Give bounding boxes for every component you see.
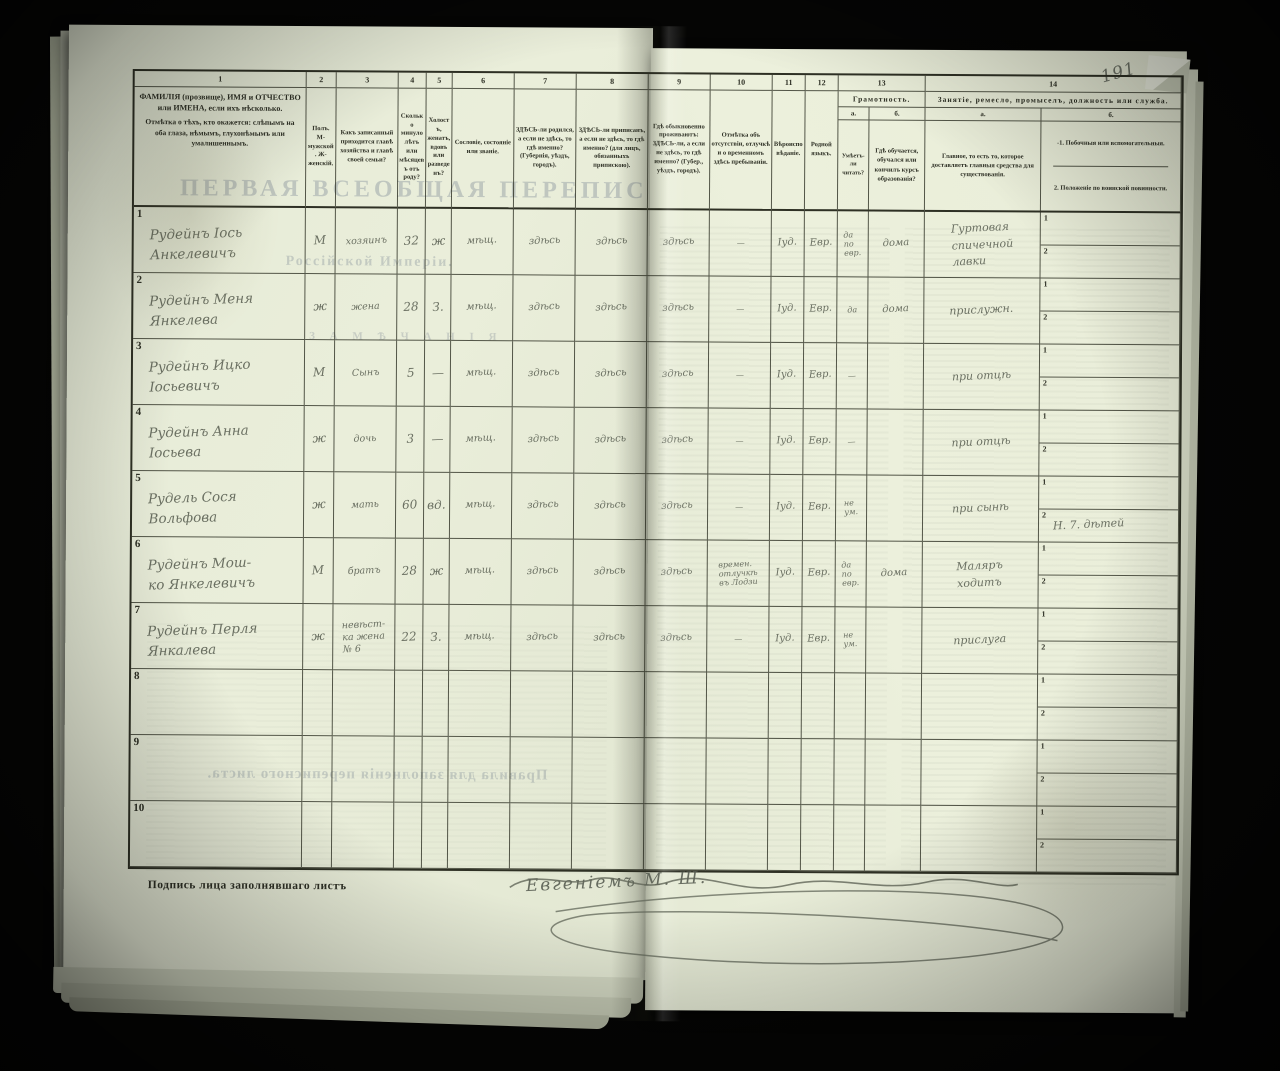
handwritten-side-note: Н. 7. дѣтей xyxy=(1053,516,1125,533)
handwritten-estate: мѣщ. xyxy=(465,565,496,579)
cell-resides: здѣсь xyxy=(647,276,709,342)
column-number: 9 xyxy=(649,74,711,90)
occupation-side-cell: 12 xyxy=(1037,741,1177,808)
handwritten-registered: здѣсь xyxy=(593,631,625,645)
handwritten-language: Евр. xyxy=(807,567,830,581)
side-subcell-1: 1 xyxy=(1039,477,1178,511)
cell-marital xyxy=(422,803,448,869)
cell-religion: Іуд. xyxy=(771,343,804,409)
cell-registered: здѣсь xyxy=(576,210,648,276)
cell-resides: здѣсь xyxy=(646,474,708,540)
cell-sex xyxy=(303,670,333,736)
signature-flourish xyxy=(495,861,1096,1025)
cell-marital: З. xyxy=(423,605,449,671)
handwritten-age: 32 xyxy=(403,233,419,249)
cell-literacy: не ум. xyxy=(835,607,866,673)
cell-relation: хозяинъ xyxy=(336,208,398,274)
cell-relation: невѣст- ка жена № 6 xyxy=(333,604,395,670)
person-name-cell: 1Рудейнъ Іось Анкелевичъ xyxy=(134,207,306,274)
cell-education xyxy=(866,607,922,673)
cell-resides: здѣсь xyxy=(645,606,707,672)
handwritten-relation: дочь xyxy=(353,432,376,445)
cell-language: Евр. xyxy=(802,607,835,673)
cell-born: здѣсь xyxy=(514,209,576,275)
side-subcell-2: 2 xyxy=(1041,246,1180,279)
cell-marital: — xyxy=(425,341,451,407)
handwritten-occupation: Гуртовая спичечной лавки xyxy=(950,219,1014,271)
handwritten-estate: мѣщ. xyxy=(467,235,498,249)
person-name-cell: 2Рудейнъ Меня Янкелева xyxy=(133,273,305,340)
handwritten-born: здѣсь xyxy=(526,565,558,579)
cell-occupation: при сынѣ xyxy=(923,476,1039,543)
cell-education xyxy=(866,673,922,739)
cell-marital xyxy=(422,737,448,803)
handwritten-sex: М xyxy=(314,233,327,249)
side-subcell-2: 2Н. 7. дѣтей xyxy=(1039,510,1178,543)
handwritten-born: здѣсь xyxy=(527,367,559,381)
row-number: 10 xyxy=(133,802,144,814)
header-occupation-title: Занятіе, ремесло, промыселъ, должность и… xyxy=(926,92,1181,110)
cell-occupation: при отцѣ xyxy=(924,344,1040,411)
cell-occupation xyxy=(921,806,1037,873)
header-marital: Холостъ, женатъ, вдовъ или разведенъ? xyxy=(426,89,453,209)
handwritten-occupation: при отцѣ xyxy=(951,367,1011,386)
cell-registered xyxy=(573,672,645,738)
handwritten-marital: ж xyxy=(431,234,445,250)
row-number: 9 xyxy=(134,736,140,748)
cell-registered: здѣсь xyxy=(573,540,645,606)
cell-resides xyxy=(644,804,706,870)
column-number: 10 xyxy=(711,75,773,91)
handwritten-religion: Іуд. xyxy=(777,303,797,316)
cell-relation xyxy=(333,670,395,736)
handwritten-registered: здѣсь xyxy=(595,235,627,249)
occupation-side-cell: 12 xyxy=(1037,807,1177,874)
side-subcell-2: 2 xyxy=(1039,444,1178,477)
header-absence: Отмѣтка объ отсутствіи, отлучкѣ и о врем… xyxy=(710,91,773,211)
handwritten-born: здѣсь xyxy=(526,631,558,645)
cell-religion xyxy=(768,805,801,871)
handwritten-relation: невѣст- ка жена № 6 xyxy=(341,618,386,656)
header-occupation-side: -1. Побочныя или вспомогательныя. 2. Пол… xyxy=(1041,122,1181,212)
cell-education xyxy=(865,805,921,871)
cell-age: 28 xyxy=(397,275,425,341)
handwritten-resides: здѣсь xyxy=(662,302,694,316)
person-name: Рудель Сося Вольфова xyxy=(131,477,237,530)
cell-language: Евр. xyxy=(803,475,836,541)
handwritten-registered: здѣсь xyxy=(593,499,625,513)
occupation-side-cell: 12 xyxy=(1040,279,1180,346)
cell-occupation xyxy=(922,674,1038,741)
person-name-cell: 7Рудейнъ Перля Янкалева xyxy=(131,603,303,670)
cell-age: 32 xyxy=(398,209,426,275)
census-table: ФАМИЛІЯ (прозвище), ИМЯ и ОТЧЕСТВО или И… xyxy=(128,69,1184,875)
cell-sex xyxy=(302,736,332,802)
cell-registered xyxy=(572,738,644,804)
cell-religion: Іуд. xyxy=(771,277,804,343)
cell-language xyxy=(801,805,834,871)
cell-age xyxy=(394,803,422,869)
cell-education xyxy=(867,409,923,475)
cell-registered: здѣсь xyxy=(573,606,645,672)
cell-resides: здѣсь xyxy=(648,210,710,276)
handwritten-literacy: не ум. xyxy=(843,630,858,649)
cell-marital: ж xyxy=(426,209,452,275)
cell-literacy: — xyxy=(836,409,867,475)
handwritten-marital: — xyxy=(431,366,444,382)
handwritten-literacy: да xyxy=(847,305,857,315)
side-subcell-2: 2 xyxy=(1038,576,1177,609)
side-sub-number: 2 xyxy=(1041,643,1045,652)
header-literacy-b-label: б. xyxy=(869,107,924,119)
column-number: 3 xyxy=(337,72,399,88)
cell-sex: ж xyxy=(305,274,335,340)
cell-estate: мѣщ. xyxy=(449,605,511,671)
cell-marital: ж xyxy=(423,539,449,605)
cell-age xyxy=(395,671,423,737)
handwritten-absence: — xyxy=(735,370,743,380)
cell-born: здѣсь xyxy=(513,275,575,341)
cell-born: здѣсь xyxy=(511,539,573,605)
cell-estate: мѣщ. xyxy=(451,275,513,341)
handwritten-language: Евр. xyxy=(808,435,831,449)
cell-age: 5 xyxy=(397,341,425,407)
side-sub-number: 2 xyxy=(1042,445,1046,454)
header-birthplace: ЗДѢСЬ-ли родился, а если не здѣсь, то гд… xyxy=(514,89,577,209)
side-sub-number: 1 xyxy=(1042,478,1046,487)
header-name-column: ФАМИЛІЯ (прозвище), ИМЯ и ОТЧЕСТВО или И… xyxy=(134,87,307,208)
header-estate: Сословіе, состояніе или званіе. xyxy=(452,89,515,209)
handwritten-literacy: да по евр. xyxy=(842,560,860,588)
cell-education: дома xyxy=(869,211,925,277)
cell-education xyxy=(865,739,921,805)
person-name: Рудейнъ Іось Анкелевичъ xyxy=(133,213,243,267)
cell-absence xyxy=(706,804,768,870)
handwritten-born: здѣсь xyxy=(528,235,560,249)
header-sex: Полъ. М-мужской. Ж-женскій. xyxy=(306,88,337,208)
cell-marital: — xyxy=(424,407,450,473)
handwritten-registered: здѣсь xyxy=(594,433,626,447)
cell-language: Евр. xyxy=(804,277,837,343)
handwritten-estate: мѣщ. xyxy=(464,631,495,645)
cell-language: Евр. xyxy=(805,211,838,277)
cell-absence xyxy=(707,673,769,739)
handwritten-estate: мѣщ. xyxy=(466,433,497,447)
handwritten-estate: мѣщ. xyxy=(465,499,496,513)
side-sub-number: 1 xyxy=(1042,544,1046,553)
side-sub-number: 1 xyxy=(1040,808,1044,817)
cell-education xyxy=(867,475,923,541)
person-name: Рудейнъ Мош- ко Янкелевичъ xyxy=(131,543,255,597)
cell-sex xyxy=(302,802,332,868)
handwritten-relation: хозяинъ xyxy=(345,234,387,248)
cell-literacy: да по евр. xyxy=(835,541,866,607)
cell-religion: Іуд. xyxy=(769,541,802,607)
cell-religion: Іуд. xyxy=(772,211,805,277)
cell-age: 28 xyxy=(396,539,424,605)
handwritten-resides: здѣсь xyxy=(660,500,692,514)
header-occupation-side-1: -1. Побочныя или вспомогательныя. xyxy=(1053,122,1169,168)
cell-resides: здѣсь xyxy=(647,342,709,408)
cell-estate: мѣщ. xyxy=(450,407,512,473)
handwritten-age: 22 xyxy=(401,629,417,645)
handwritten-sex: ж xyxy=(311,629,325,645)
side-subcell-1: 1 xyxy=(1038,675,1177,709)
handwritten-resides: здѣсь xyxy=(661,434,693,448)
handwritten-religion: Іуд. xyxy=(776,501,796,514)
side-sub-number: 1 xyxy=(1043,280,1047,289)
person-name: Рудейнъ Перля Янкалева xyxy=(131,609,259,663)
person-name-cell: 6Рудейнъ Мош- ко Янкелевичъ xyxy=(132,537,304,604)
handwritten-education: дома xyxy=(883,237,910,251)
cell-born: здѣсь xyxy=(512,473,574,539)
side-sub-number: 2 xyxy=(1040,841,1044,850)
handwritten-relation: мать xyxy=(350,498,378,511)
cell-resides: здѣсь xyxy=(645,540,707,606)
handwritten-absence: — xyxy=(736,238,744,248)
cell-born: здѣсь xyxy=(512,407,574,473)
side-sub-number: 1 xyxy=(1041,610,1045,619)
cell-religion xyxy=(768,739,801,805)
side-sub-number: 2 xyxy=(1043,379,1047,388)
handwritten-age: 28 xyxy=(403,299,419,315)
cell-born: здѣсь xyxy=(513,341,575,407)
handwritten-occupation: прислуга xyxy=(953,631,1007,650)
occupation-side-cell: 12 xyxy=(1038,675,1178,742)
cell-occupation xyxy=(921,740,1037,807)
header-occupation-b-label: б. xyxy=(1041,109,1180,122)
cell-absence: — xyxy=(707,607,769,673)
cell-born xyxy=(510,803,572,869)
cell-sex: М xyxy=(304,538,334,604)
cell-born xyxy=(510,737,572,803)
cell-occupation: прислуга xyxy=(922,608,1038,675)
cell-born: здѣсь xyxy=(511,605,573,671)
header-name-note: Отмѣтка о тѣхъ, кто окажется: слѣпымъ на… xyxy=(134,115,305,152)
person-name-cell: 3Рудейнъ Ицко Іосьевичъ xyxy=(133,339,305,406)
signature-line-label: Подпись лица заполнявшаго листъ xyxy=(148,879,347,892)
column-number: 1 xyxy=(135,71,307,88)
side-subcell-1: 1 xyxy=(1040,279,1179,313)
handwritten-relation: братъ xyxy=(347,564,380,577)
cell-literacy: да по евр. xyxy=(838,211,869,277)
column-number: 14 xyxy=(926,76,1182,94)
handwritten-sex: М xyxy=(312,563,325,579)
cell-education: дома xyxy=(866,541,922,607)
side-sub-number: 2 xyxy=(1044,247,1048,256)
side-subcell-1: 1 xyxy=(1040,345,1179,379)
handwritten-registered: здѣсь xyxy=(594,367,626,381)
cell-estate: мѣщ. xyxy=(450,473,512,539)
cell-registered: здѣсь xyxy=(574,474,646,540)
person-name-cell: 4Рудейнъ Анна Іосьева xyxy=(132,405,304,472)
cell-religion: Іуд. xyxy=(770,409,803,475)
column-number: 8 xyxy=(577,74,649,90)
cell-religion: Іуд. xyxy=(770,475,803,541)
handwritten-resides: здѣсь xyxy=(661,368,693,382)
cell-literacy xyxy=(834,739,865,805)
cell-language xyxy=(802,673,835,739)
handwritten-marital: ж xyxy=(429,564,443,580)
handwritten-language: Евр. xyxy=(807,501,830,515)
handwritten-age: 28 xyxy=(401,563,417,579)
header-name-main: ФАМИЛІЯ (прозвище), ИМЯ и ОТЧЕСТВО или И… xyxy=(134,87,305,116)
cell-religion: Іуд. xyxy=(769,607,802,673)
header-relation: Какъ записанный приходится главѣ хозяйст… xyxy=(336,88,399,208)
cell-relation: Сынъ xyxy=(335,340,397,406)
cell-age: 60 xyxy=(396,473,424,539)
cell-registered xyxy=(572,804,644,870)
cell-registered: здѣсь xyxy=(575,342,647,408)
cell-estate xyxy=(448,803,510,869)
handwritten-relation: жена xyxy=(351,300,380,313)
cell-absence: — xyxy=(710,211,772,277)
cell-education xyxy=(868,343,924,409)
handwritten-born: здѣсь xyxy=(528,301,560,315)
handwritten-literacy: — xyxy=(848,371,856,381)
side-sub-number: 2 xyxy=(1042,511,1046,520)
cell-literacy: не ум. xyxy=(836,475,867,541)
column-number: 4 xyxy=(399,73,427,89)
header-residence: Гдѣ обыкновенно проживаютъ: ЗДѢСЬ-ли, а … xyxy=(648,90,711,210)
cell-age xyxy=(394,737,422,803)
side-sub-number: 1 xyxy=(1041,676,1045,685)
side-sub-number: 1 xyxy=(1043,412,1047,421)
side-subcell-1: 1 xyxy=(1038,609,1177,643)
column-number: 12 xyxy=(806,75,839,91)
side-sub-number: 2 xyxy=(1042,577,1046,586)
side-subcell-2: 2 xyxy=(1040,378,1179,411)
cell-absence: времен. отлучкѣ въ Лодзи xyxy=(707,541,769,607)
cell-absence xyxy=(706,738,768,804)
handwritten-estate: мѣщ. xyxy=(466,367,497,381)
handwritten-occupation: Маляръ ходитъ xyxy=(956,557,1004,592)
handwritten-estate: мѣщ. xyxy=(466,301,497,315)
column-number: 11 xyxy=(773,75,806,91)
column-number: 6 xyxy=(453,73,515,89)
header-can-read: Умѣетъ-ли читать? xyxy=(838,120,870,209)
column-number: 2 xyxy=(307,72,337,88)
handwritten-religion: Іуд. xyxy=(777,369,797,382)
cell-estate: мѣщ. xyxy=(451,341,513,407)
handwritten-marital: вд. xyxy=(427,497,446,513)
occupation-side-cell: 12 xyxy=(1038,609,1178,676)
handwritten-occupation: при сынѣ xyxy=(952,499,1009,518)
cell-absence: — xyxy=(709,277,771,343)
scanned-census-sheet-photo: ПЕРВАЯ ВСЕОБЩАЯ ПЕРЕПИС Россійской Импер… xyxy=(0,0,1280,1071)
side-sub-number: 2 xyxy=(1040,775,1044,784)
header-occupation-a-label: а. xyxy=(925,108,1041,121)
header-literacy-title: Грамотность. xyxy=(839,91,925,108)
handwritten-age: 5 xyxy=(406,366,414,381)
side-subcell-2: 2 xyxy=(1038,642,1177,675)
book-spread: ПЕРВАЯ ВСЕОБЩАЯ ПЕРЕПИС Россійской Импер… xyxy=(55,23,1196,1025)
handwritten-absence: — xyxy=(734,502,742,512)
person-name-cell: 8 xyxy=(131,669,303,736)
handwritten-sex: М xyxy=(313,365,326,381)
handwritten-registered: здѣсь xyxy=(593,565,625,579)
header-literacy-group: Грамотность. а. б. Умѣетъ-ли читать? Гдѣ… xyxy=(838,91,926,212)
cell-occupation: при отцѣ xyxy=(923,410,1039,477)
cell-language xyxy=(801,739,834,805)
cell-resides xyxy=(645,672,707,738)
cell-marital: З. xyxy=(425,275,451,341)
handwritten-absence: — xyxy=(736,304,744,314)
handwritten-relation: Сынъ xyxy=(351,366,379,379)
cell-literacy xyxy=(835,673,866,739)
cell-marital: вд. xyxy=(424,473,450,539)
cell-sex: М xyxy=(306,208,336,274)
cell-resides: здѣсь xyxy=(646,408,708,474)
cell-sex: ж xyxy=(304,406,334,472)
handwritten-occupation: при отцѣ xyxy=(951,433,1011,452)
handwritten-age: 60 xyxy=(402,497,418,513)
occupation-side-cell: 12 xyxy=(1040,345,1180,412)
cell-estate xyxy=(448,737,510,803)
handwritten-literacy: да по евр. xyxy=(844,230,862,258)
cell-occupation: Гуртовая спичечной лавки xyxy=(925,212,1041,279)
occupation-side-cell: 12 xyxy=(1041,213,1181,280)
cell-registered: здѣсь xyxy=(574,408,646,474)
handwritten-religion: Іуд. xyxy=(776,567,796,580)
header-occupation-main: Главное, то есть то, которое доставляетъ… xyxy=(925,121,1042,211)
handwritten-marital: З. xyxy=(430,630,442,646)
handwritten-language: Евр. xyxy=(807,633,830,647)
handwritten-marital: З. xyxy=(432,300,444,316)
cell-education: дома xyxy=(868,277,924,343)
header-occupation-group: Занятіе, ремесло, промыселъ, должность и… xyxy=(925,92,1182,214)
cell-occupation: Маляръ ходитъ xyxy=(922,542,1038,609)
side-subcell-2: 2 xyxy=(1037,774,1176,807)
cell-sex: ж xyxy=(303,604,333,670)
handwritten-absence: — xyxy=(734,634,742,644)
handwritten-resides: здѣсь xyxy=(662,236,694,250)
cell-sex: М xyxy=(305,340,335,406)
handwritten-literacy: — xyxy=(847,437,855,447)
cell-literacy xyxy=(834,805,865,871)
side-sub-number: 1 xyxy=(1041,742,1045,751)
cell-absence: — xyxy=(709,343,771,409)
column-number: 7 xyxy=(515,73,577,89)
side-subcell-1: 1 xyxy=(1037,807,1176,841)
cell-language: Евр. xyxy=(803,409,836,475)
side-subcell-1: 1 xyxy=(1037,741,1176,775)
handwritten-sex: ж xyxy=(312,431,326,447)
cell-estate: мѣщ. xyxy=(452,209,514,275)
occupation-side-cell: 12Н. 7. дѣтей xyxy=(1039,477,1179,544)
header-occupation-side-2: 2. Положеніе по воинской повинности. xyxy=(1050,167,1172,212)
cell-literacy: — xyxy=(837,343,868,409)
cell-language: Евр. xyxy=(804,343,837,409)
side-sub-number: 2 xyxy=(1043,313,1047,322)
cell-occupation: прислужн. xyxy=(924,278,1040,345)
handwritten-registered: здѣсь xyxy=(595,301,627,315)
cell-registered: здѣсь xyxy=(575,276,647,342)
cell-estate: мѣщ. xyxy=(449,539,511,605)
cell-relation: братъ xyxy=(334,538,396,604)
person-name-cell: 5Рудель Сося Вольфова xyxy=(132,471,304,538)
cell-resides xyxy=(644,738,706,804)
handwritten-age: 3 xyxy=(406,432,414,447)
side-subcell-1: 1 xyxy=(1041,213,1180,247)
side-sub-number: 1 xyxy=(1044,214,1048,223)
handwritten-resides: здѣсь xyxy=(660,566,692,580)
cell-born xyxy=(511,671,573,737)
row-number: 8 xyxy=(134,670,140,682)
cell-relation: дочь xyxy=(334,406,396,472)
handwritten-sex: ж xyxy=(311,497,325,513)
header-registration: ЗДѢСЬ-ли приписанъ, а если не здѣсь, то … xyxy=(576,90,649,210)
